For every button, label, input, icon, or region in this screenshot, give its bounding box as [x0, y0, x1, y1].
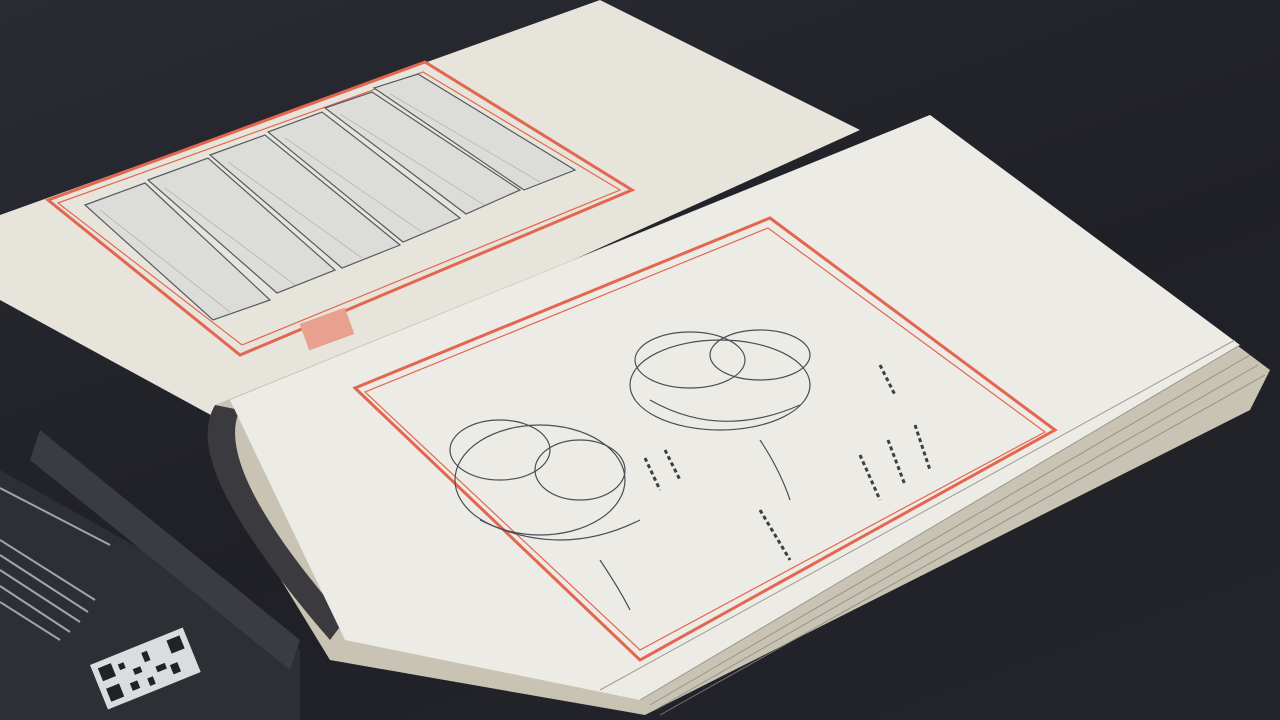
book-photo: [0, 0, 1280, 720]
